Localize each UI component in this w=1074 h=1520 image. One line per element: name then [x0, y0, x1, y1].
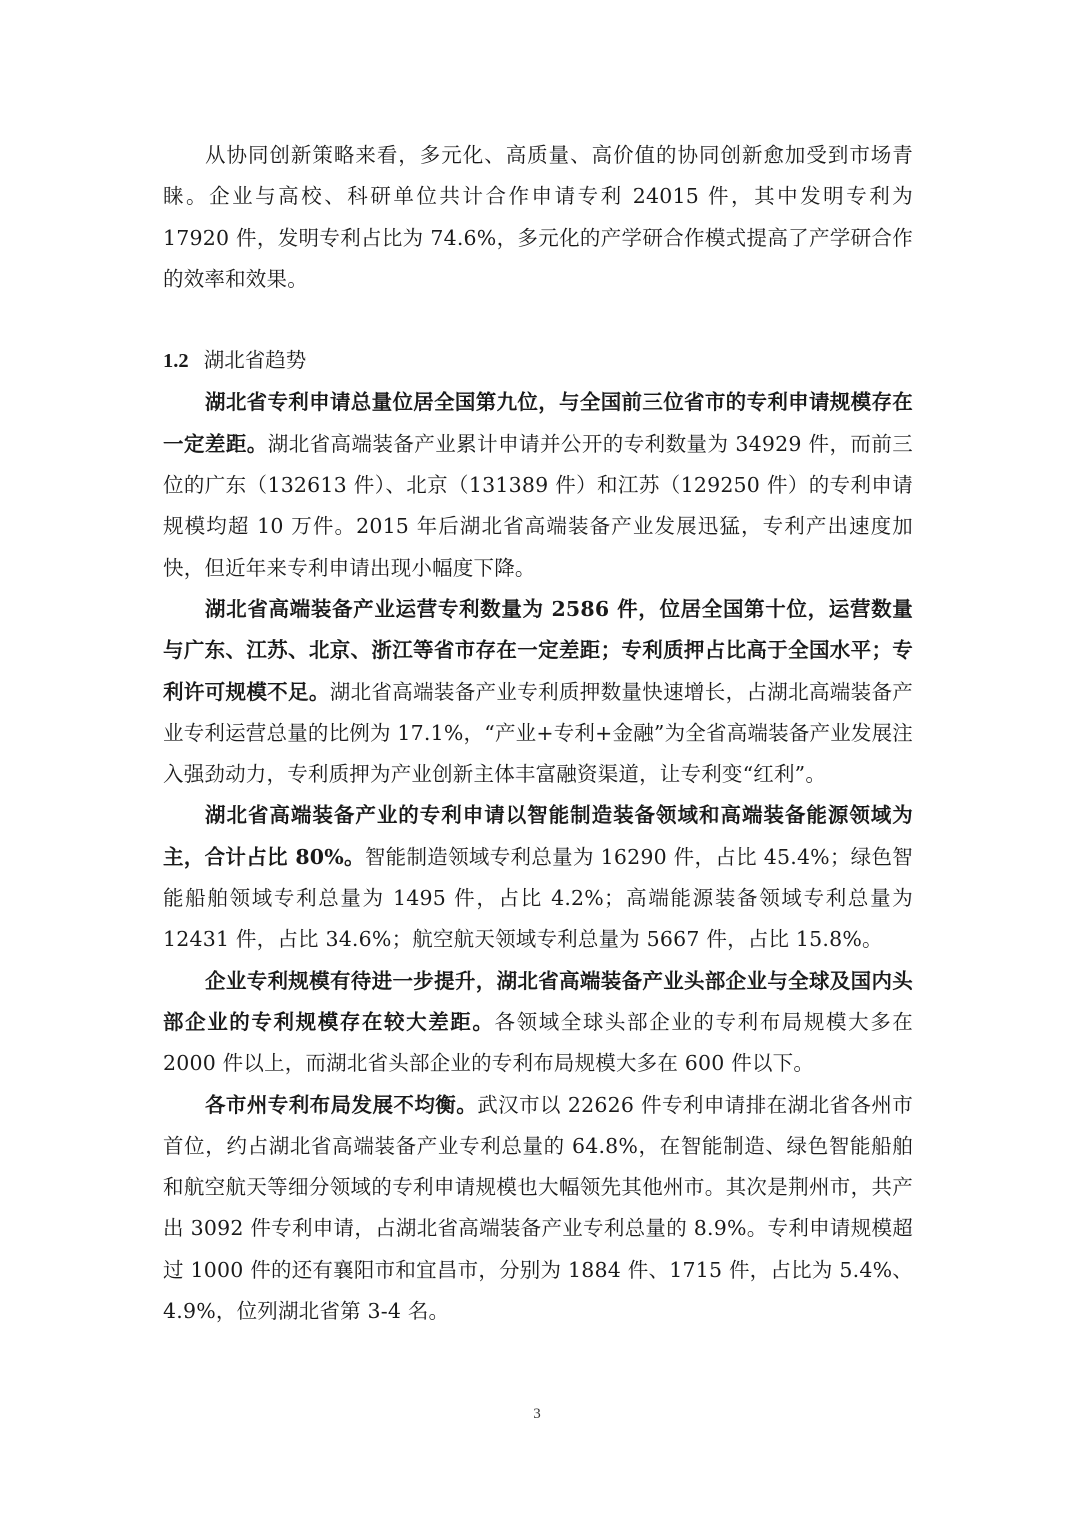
- paragraph-body: 湖北省高端装备产业累计申请并公开的专利数量为 34929 件，而前三位的广东（1…: [163, 432, 913, 580]
- section-heading: 1.2 湖北省趋势: [163, 340, 913, 382]
- paragraph-patent-operations: 湖北省高端装备产业运营专利数量为 2586 件，位居全国第十位，运营数量与广东、…: [163, 589, 913, 795]
- document-page: 从协同创新策略来看，多元化、高质量、高价值的协同创新愈加受到市场青睐。企业与高校…: [163, 135, 913, 1332]
- paragraph-lead: 各市州专利布局发展不均衡。: [205, 1093, 477, 1117]
- paragraph-patent-fields: 湖北省高端装备产业的专利申请以智能制造装备领域和高端装备能源领域为主，合计占比 …: [163, 795, 913, 960]
- paragraph-intro: 从协同创新策略来看，多元化、高质量、高价值的协同创新愈加受到市场青睐。企业与高校…: [163, 135, 913, 300]
- paragraph-patent-ranking: 湖北省专利申请总量位居全国第九位，与全国前三位省市的专利申请规模存在一定差距。湖…: [163, 382, 913, 588]
- paragraph-body: 武汉市以 22626 件专利申请排在湖北省各州市首位，约占湖北省高端装备产业专利…: [163, 1093, 913, 1323]
- section-title: 湖北省趋势: [204, 348, 307, 372]
- paragraph-city-distribution: 各市州专利布局发展不均衡。武汉市以 22626 件专利申请排在湖北省各州市首位，…: [163, 1085, 913, 1333]
- paragraph-enterprise-scale: 企业专利规模有待进一步提升，湖北省高端装备产业头部企业与全球及国内头部企业的专利…: [163, 961, 913, 1085]
- section-number: 1.2: [163, 350, 189, 372]
- page-number: 3: [0, 1406, 1074, 1423]
